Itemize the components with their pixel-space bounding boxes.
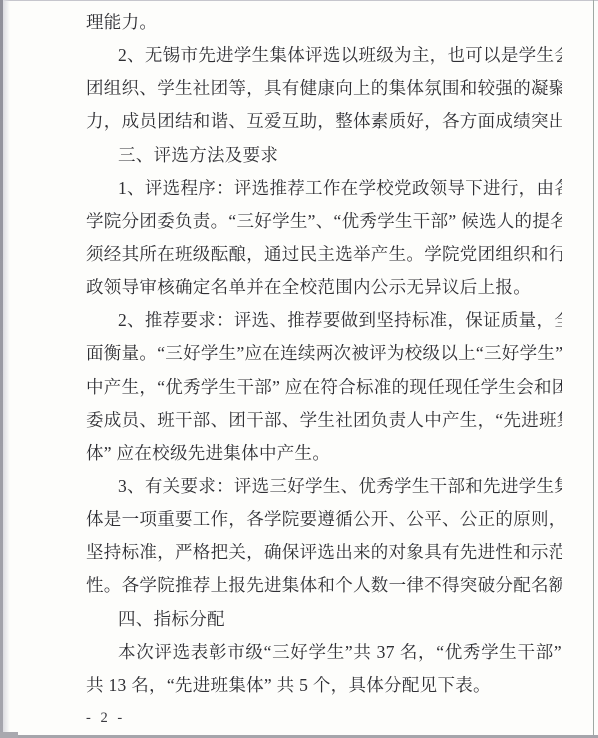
text-line: 坚持标准，严格把关，确保评选出来的对象具有先进性和示范	[86, 536, 562, 569]
text-line: 面衡量。“三好学生”应在连续两次被评为校级以上“三好学生”	[86, 337, 562, 370]
text-line: 3、有关要求：评选三好学生、优秀学生干部和先进学生集	[86, 470, 562, 503]
text-line: 三、评选方法及要求	[86, 139, 562, 172]
text-line: 政领导审核确定名单并在全校范围内公示无异议后上报。	[86, 271, 562, 304]
document-text-block: 理能力。2、无锡市先进学生集体评选以班级为主，也可以是学生会、团组织、学生社团等…	[86, 6, 562, 702]
scan-edge-top	[0, 0, 598, 1]
text-line: 团组织、学生社团等，具有健康向上的集体氛围和较强的凝聚	[86, 72, 562, 105]
scan-edge-bottom-corner	[0, 732, 18, 738]
text-line: 1、评选程序：评选推荐工作在学校党政领导下进行，由各	[86, 172, 562, 205]
text-line: 体” 应在校级先进集体中产生。	[86, 437, 562, 470]
text-line: 2、推荐要求：评选、推荐要做到坚持标准，保证质量，全	[86, 304, 562, 337]
text-line: 力，成员团结和谐、互爱互助，整体素质好，各方面成绩突出。	[86, 105, 562, 138]
text-line: 学院分团委负责。“三好学生”、“优秀学生干部” 候选人的提名	[86, 205, 562, 238]
text-line: 委成员、班干部、团干部、学生社团负责人中产生，“先进班集	[86, 404, 562, 437]
scan-edge-right-line	[593, 0, 594, 738]
text-line: 体是一项重要工作，各学院要遵循公开、公平、公正的原则，	[86, 503, 562, 536]
text-line: 四、指标分配	[86, 603, 562, 636]
text-line: 本次评选表彰市级“三好学生”共 37 名，“优秀学生干部”	[86, 636, 562, 669]
text-line: 共 13 名，“先进班集体” 共 5 个，具体分配见下表。	[86, 669, 562, 702]
page-number: - 2 -	[86, 710, 125, 727]
scanned-document-page: 理能力。2、无锡市先进学生集体评选以班级为主，也可以是学生会、团组织、学生社团等…	[0, 0, 598, 738]
text-line: 须经其所在班级酝酿，通过民主选举产生。学院党团组织和行	[86, 238, 562, 271]
text-line: 2、无锡市先进学生集体评选以班级为主，也可以是学生会、	[86, 39, 562, 72]
text-line: 性。各学院推荐上报先进集体和个人数一律不得突破分配名额。	[86, 569, 562, 602]
text-line: 理能力。	[86, 6, 562, 39]
scan-edge-left-shadow	[3, 0, 10, 738]
text-line: 中产生，“优秀学生干部” 应在符合标准的现任现任学生会和团	[86, 371, 562, 404]
